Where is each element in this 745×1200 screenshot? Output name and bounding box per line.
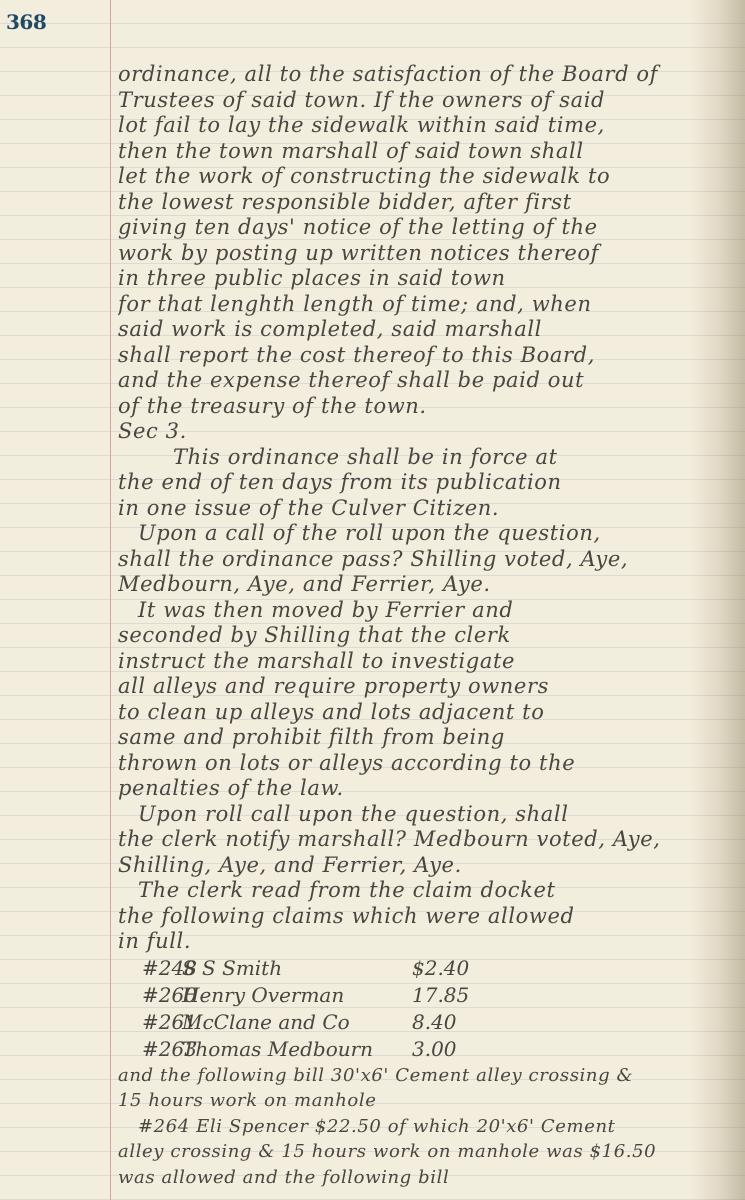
text-line: in full. [118,929,738,955]
claim-number: #261 [142,1009,182,1036]
text-line: Shilling, Aye, and Ferrier, Aye. [118,853,738,879]
claim-row: #260 Henry Overman 17.85 [142,982,738,1009]
claim-payee: McClane and Co [182,1009,412,1036]
text-line: the end of ten days from its publication [118,470,738,496]
page-number: 368 [6,10,46,34]
claim-amount: 3.00 [412,1036,512,1063]
text-line: instruct the marshall to investigate [118,649,738,675]
text-line: and the following bill 30'x6' Cement all… [118,1063,738,1089]
text-line: in one issue of the Culver Citizen. [118,496,738,522]
text-line: in three public places in said town [118,266,738,292]
claim-payee: Thomas Medbourn [182,1036,412,1063]
text-line: the lowest responsible bidder, after fir… [118,190,738,216]
text-line: to clean up alleys and lots adjacent to [118,700,738,726]
text-line: Upon a call of the roll upon the questio… [118,521,738,547]
claim-amount: $2.40 [412,955,512,982]
text-line: #264 Eli Spencer $22.50 of which 20'x6' … [118,1114,738,1140]
ledger-page: 368 ordinance, all to the satisfaction o… [0,0,745,1200]
text-line: ordinance, all to the satisfaction of th… [118,62,738,88]
claim-payee: S S Smith [182,955,412,982]
text-line: lot fail to lay the sidewalk within said… [118,113,738,139]
text-line: of the treasury of the town. [118,394,738,420]
text-line: 15 hours work on manhole [118,1088,738,1114]
text-line: thrown on lots or alleys according to th… [118,751,738,777]
claim-number: #248 [142,955,182,982]
text-line: shall report the cost thereof to this Bo… [118,343,738,369]
claim-row: #261 McClane and Co 8.40 [142,1009,738,1036]
text-line: seconded by Shilling that the clerk [118,623,738,649]
claim-number: #263 [142,1036,182,1063]
claim-amount: 17.85 [412,982,512,1009]
text-line: Medbourn, Aye, and Ferrier, Aye. [118,572,738,598]
text-line: was allowed and the following bill [118,1165,738,1191]
text-line: penalties of the law. [118,776,738,802]
text-line: same and prohibit filth from being [118,725,738,751]
claim-row: #263 Thomas Medbourn 3.00 [142,1036,738,1063]
claim-row: #248 S S Smith $2.40 [142,955,738,982]
text-line: giving ten days' notice of the letting o… [118,215,738,241]
text-line: alley crossing & 15 hours work on manhol… [118,1139,738,1165]
text-line: The clerk read from the claim docket [118,878,738,904]
text-line: work by posting up written notices there… [118,241,738,267]
text-line: then the town marshall of said town shal… [118,139,738,165]
margin-rule [110,0,111,1200]
text-line: shall the ordinance pass? Shilling voted… [118,547,738,573]
claims-list: #248 S S Smith $2.40 #260 Henry Overman … [142,955,738,1063]
text-line: Trustees of said town. If the owners of … [118,88,738,114]
text-line: said work is completed, said marshall [118,317,738,343]
text-line: Upon roll call upon the question, shall [118,802,738,828]
section-heading: Sec 3. [118,419,738,445]
text-line: all alleys and require property owners [118,674,738,700]
text-line: the following claims which were allowed [118,904,738,930]
text-line: It was then moved by Ferrier and [118,598,738,624]
text-line: This ordinance shall be in force at [118,445,738,471]
claim-number: #260 [142,982,182,1009]
handwritten-minutes: ordinance, all to the satisfaction of th… [118,62,738,1190]
claim-amount: 8.40 [412,1009,512,1036]
text-line: let the work of constructing the sidewal… [118,164,738,190]
claim-payee: Henry Overman [182,982,412,1009]
text-line: the clerk notify marshall? Medbourn vote… [118,827,738,853]
text-line: and the expense thereof shall be paid ou… [118,368,738,394]
text-line: for that lenghth length of time; and, wh… [118,292,738,318]
